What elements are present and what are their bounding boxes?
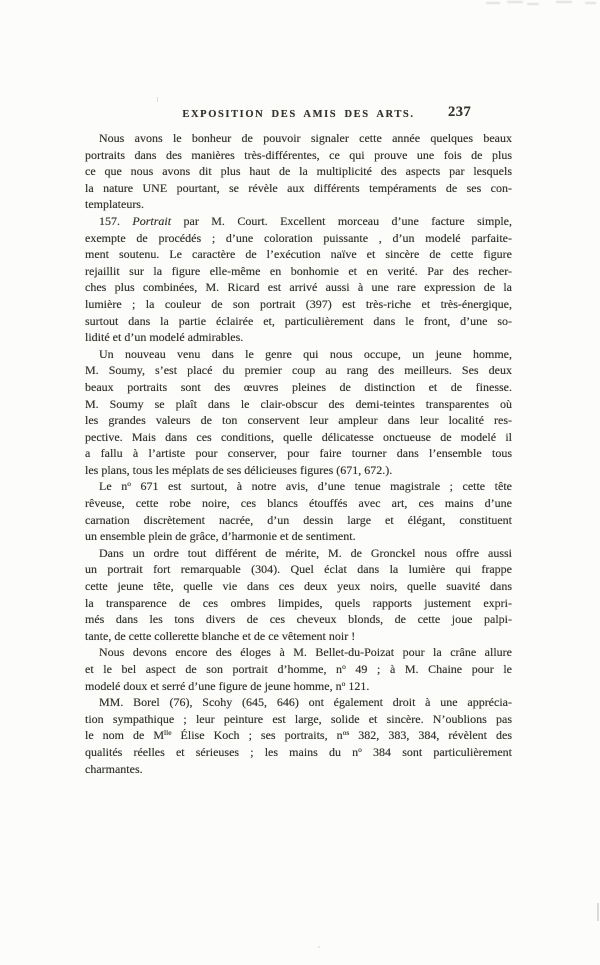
- text-line: Nous devons encore des éloges à M. Belle…: [85, 644, 512, 661]
- text-line: un ensemble plein de grâce, d’harmonie e…: [85, 528, 512, 545]
- text-line: les plans, tous les méplats de ses délic…: [85, 462, 512, 479]
- text-line: la nature UNE pourtant, se révèle aux di…: [85, 180, 512, 197]
- text-line: et le bel aspect de son portrait d’homme…: [85, 661, 512, 678]
- text-line: MM. Borel (76), Scohy (645, 646) ont éga…: [85, 694, 512, 711]
- page-number: 237: [448, 104, 478, 121]
- text-line: un portrait fort remarquable (304). Quel…: [85, 561, 512, 578]
- text-line: Un nouveau venu dans le genre qui nous o…: [85, 346, 512, 363]
- scan-smudge: [527, 3, 539, 5]
- scan-smudge: [507, 1, 523, 3]
- text-line: més dans les tons divers de ces cheveux …: [85, 611, 512, 628]
- paragraph: Le no 671 est surtout, à notre avis, d’u…: [85, 478, 512, 544]
- text-line: surtout dans la partie éclairée et, part…: [85, 313, 512, 330]
- text-line: lidité et d’un modelé admirables.: [85, 329, 512, 346]
- text-line: qualités réelles et sérieuses ; les main…: [85, 744, 512, 761]
- text-line: M. Soumy, s’est placé du premier coup au…: [85, 362, 512, 379]
- scan-smudge: [585, 2, 596, 4]
- text-line: a fallu à l’artiste pour conserver, pour…: [85, 445, 512, 462]
- text-line: 157. Portrait par M. Court. Excellent mo…: [85, 213, 512, 230]
- text-line: la transparence de ces ombres limpides, …: [85, 595, 512, 612]
- paragraph: Dans un ordre tout différent de mérite, …: [85, 545, 512, 645]
- scan-smudge: [556, 1, 572, 3]
- page-body: Nous avons le bonheur de pouvoir signale…: [85, 130, 512, 777]
- text-line: tante, de cette collerette blanche et de…: [85, 628, 512, 645]
- text-line: pective. Mais dans ces conditions, quell…: [85, 429, 512, 446]
- scan-speck: [318, 946, 320, 948]
- paragraph: MM. Borel (76), Scohy (645, 646) ont éga…: [85, 694, 512, 777]
- scan-edge-mark: [597, 903, 599, 921]
- text-line: templateurs.: [85, 196, 512, 213]
- text-line: rejaillit sur la figure elle-même en bon…: [85, 263, 512, 280]
- text-line: Dans un ordre tout différent de mérite, …: [85, 545, 512, 562]
- text-line: M. Soumy se plaît dans le clair-obscur d…: [85, 396, 512, 413]
- text-line: Nous avons le bonheur de pouvoir signale…: [85, 130, 512, 147]
- text-line: portraits dans des manières très-différe…: [85, 147, 512, 164]
- text-line: ce que nous avons dit plus haut de la mu…: [85, 163, 512, 180]
- text-line: carnation discrètement nacrée, d’un dess…: [85, 512, 512, 529]
- text-line: charmantes.: [85, 761, 512, 778]
- text-line: rêveuse, cette robe noire, ces blancs ét…: [85, 495, 512, 512]
- text-line: modelé doux et serré d’une figure de jeu…: [85, 678, 512, 695]
- text-line: les grandes valeurs de ton conservent le…: [85, 412, 512, 429]
- text-line: cette jeune tête, quelle vie dans ces de…: [85, 578, 512, 595]
- text-line: beaux portraits sont des œuvres pleines …: [85, 379, 512, 396]
- scan-smudge: [486, 2, 500, 4]
- scan-speck: [157, 97, 158, 102]
- text-line: ment soutenu. Le caractère de l’exécutio…: [85, 246, 512, 263]
- text-line: le nom de Mlle Élise Koch ; ses portrait…: [85, 727, 512, 744]
- text-line: tion sympathique ; leur peinture est lar…: [85, 711, 512, 728]
- paragraph: Nous devons encore des éloges à M. Belle…: [85, 644, 512, 694]
- text-line: exempte de procédés ; d’une coloration p…: [85, 230, 512, 247]
- text-line: lumière ; la couleur de son portrait (39…: [85, 296, 512, 313]
- text-line: ches plus combinées, M. Ricard est arriv…: [85, 279, 512, 296]
- scanned-page: EXPOSITION DES AMIS DES ARTS. 237 Nous a…: [0, 0, 600, 965]
- paragraph: Nous avons le bonheur de pouvoir signale…: [85, 130, 512, 213]
- paragraph: Un nouveau venu dans le genre qui nous o…: [85, 346, 512, 479]
- paragraph: 157. Portrait par M. Court. Excellent mo…: [85, 213, 512, 346]
- text-line: Le no 671 est surtout, à notre avis, d’u…: [85, 478, 512, 495]
